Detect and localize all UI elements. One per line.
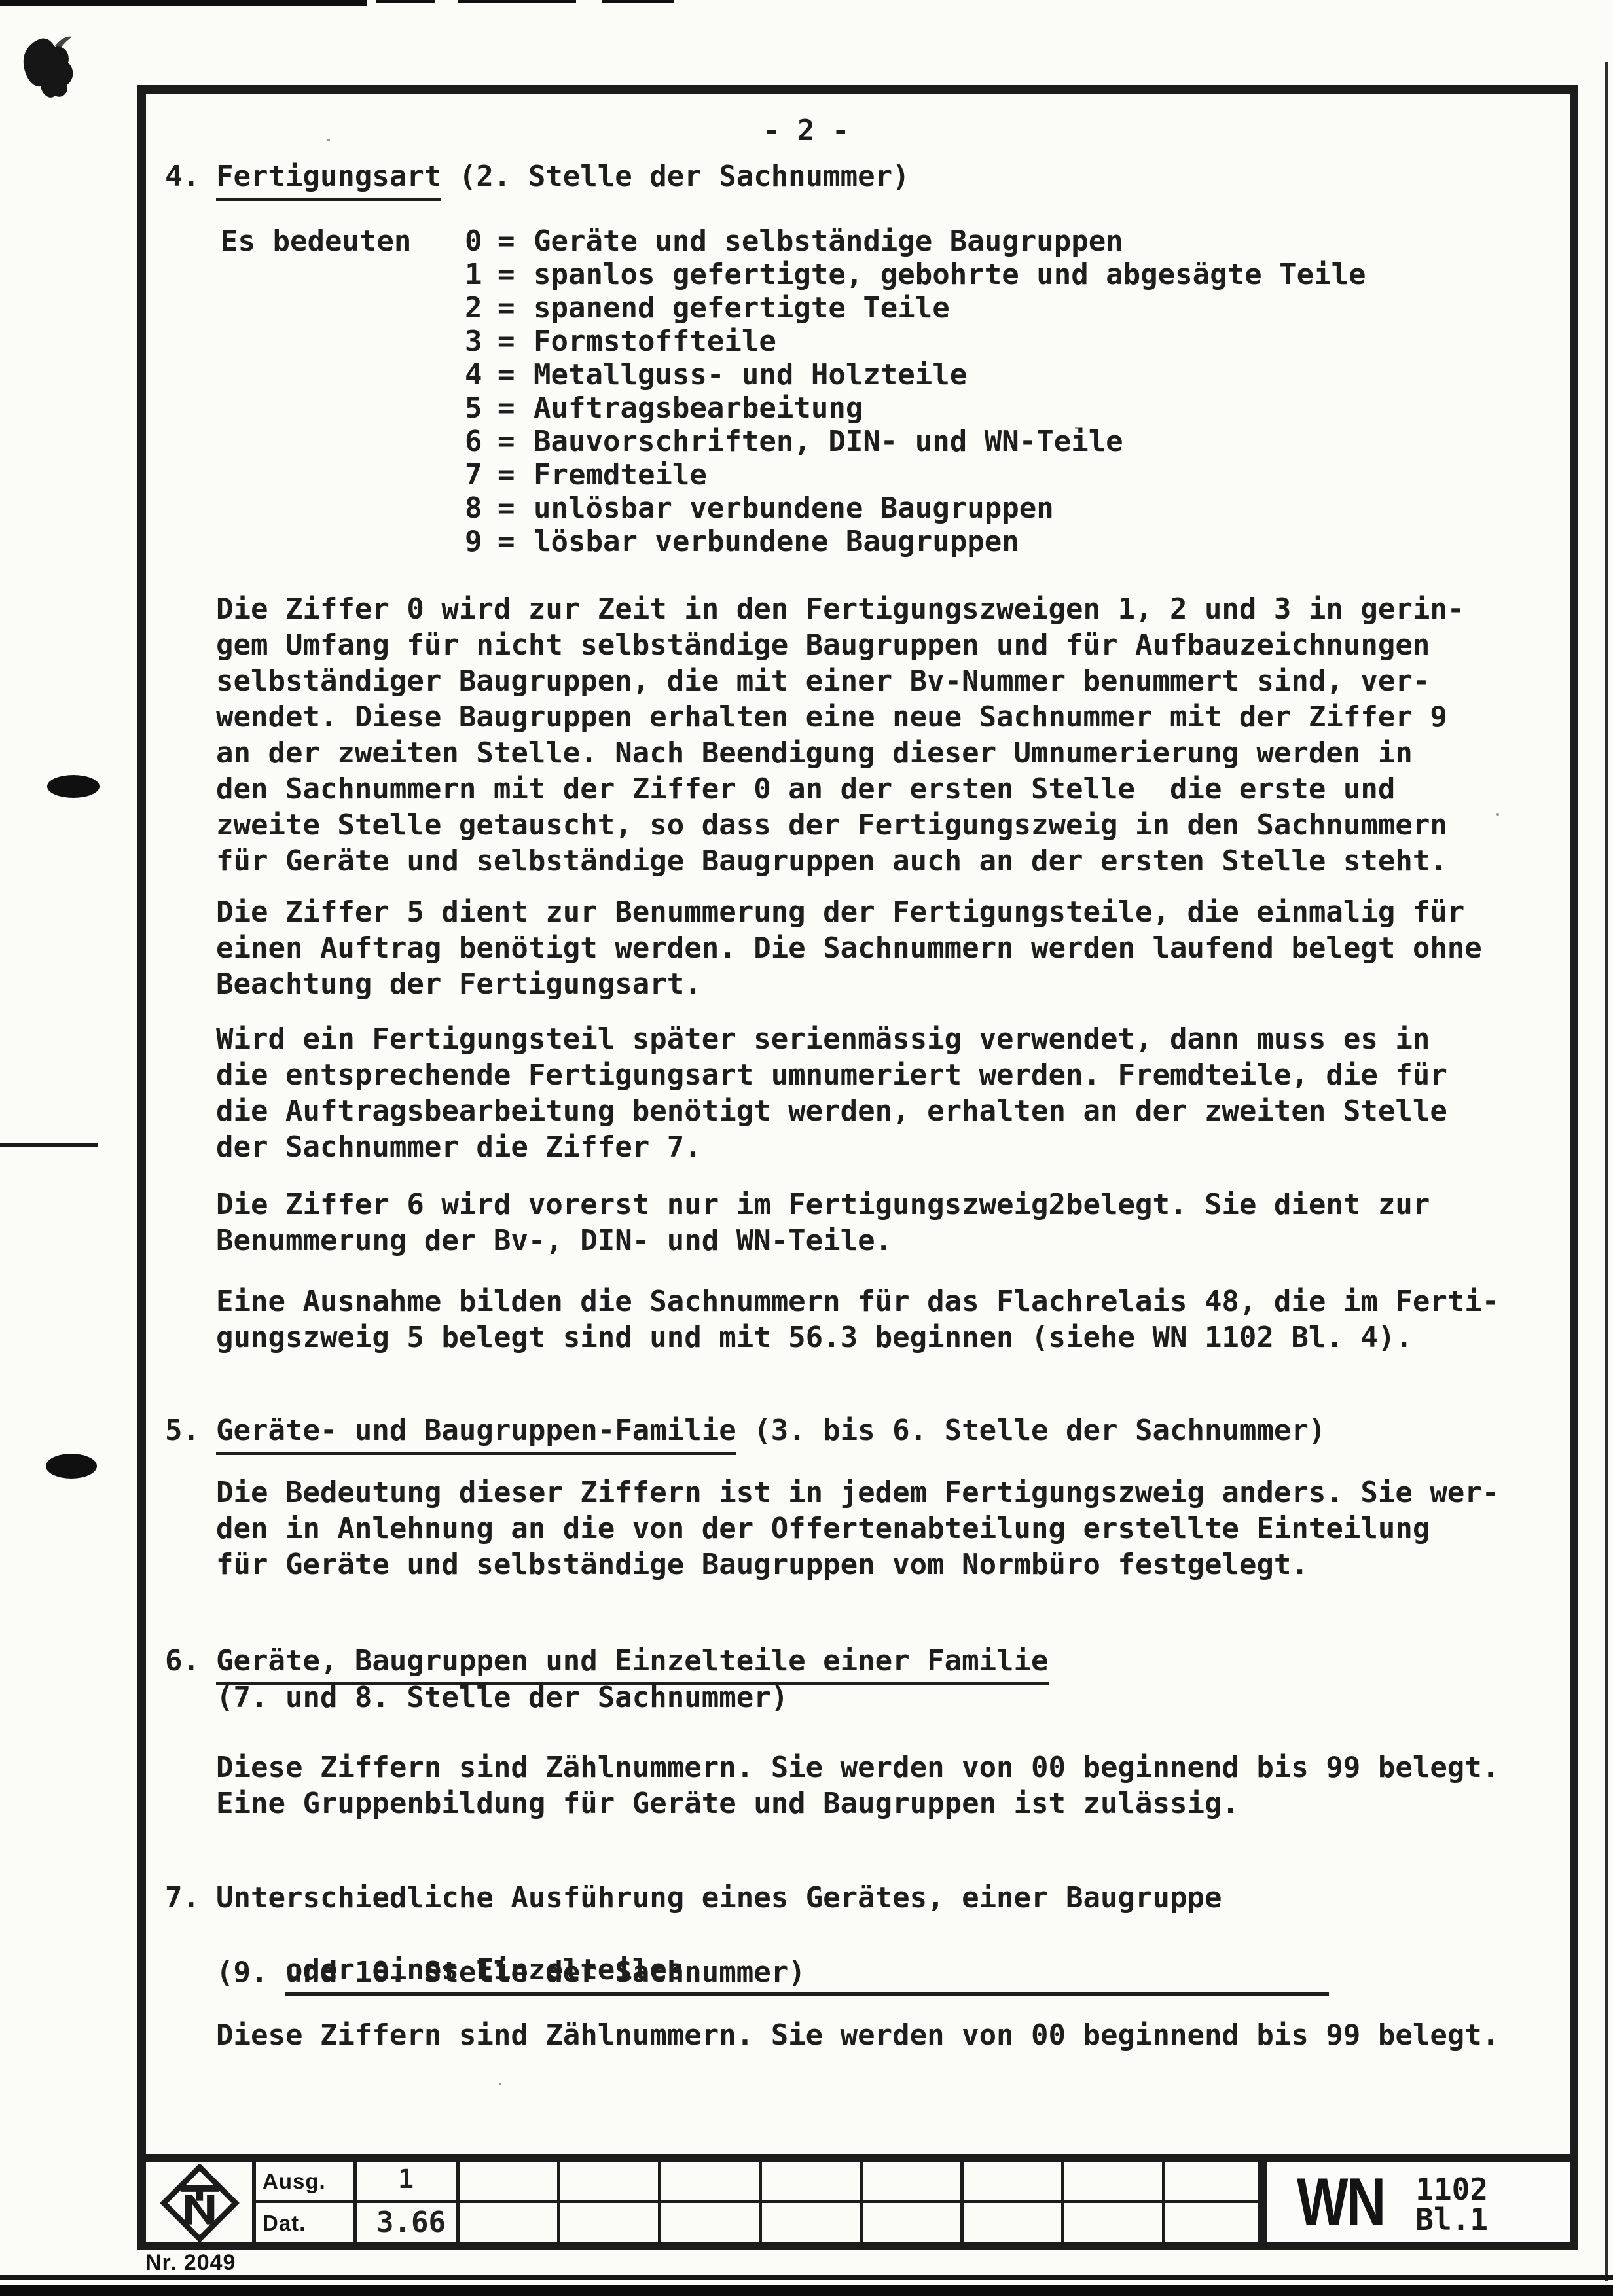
equals-sign: =: [498, 291, 534, 325]
section-title: Geräte- und Baugruppen-Familie: [216, 1412, 736, 1455]
wn-sheet-number: 1102 Bl.1: [1415, 2174, 1570, 2234]
code-row: Es bedeuten0=Geräte und selbständige Bau…: [216, 224, 1366, 258]
section-number: 7.: [165, 1880, 216, 1916]
code-row: 4=Metallguss- und Holzteile: [216, 358, 1366, 391]
row-divider: [252, 2200, 1267, 2203]
margin-fold-line: [0, 1143, 98, 1147]
code-meaning: unlösbar verbundene Baugruppen: [534, 492, 1054, 525]
code-row: 5=Auftragsbearbeitung: [216, 391, 1366, 425]
section-5-heading: 5.Geräte- und Baugruppen-Familie (3. bis…: [165, 1412, 1326, 1455]
code-meaning: Bauvorschriften, DIN- und WN-Teile: [534, 425, 1123, 458]
code-row: 2=spanend gefertigte Teile: [216, 291, 1366, 325]
wn-code: WN: [1297, 2168, 1385, 2236]
equals-sign: =: [498, 325, 534, 358]
equals-sign: =: [498, 224, 534, 258]
section-title-suffix: (3. bis 6. Stelle der Sachnummer): [736, 1412, 1326, 1455]
datum-label: Dat.: [263, 2212, 306, 2234]
equals-sign: =: [498, 458, 534, 492]
paragraph-fertigungsteil: Wird ein Fertigungsteil später serienmäs…: [216, 1021, 1447, 1165]
section-4-heading: 4.Fertigungsart (2. Stelle der Sachnumme…: [165, 158, 910, 201]
code-digit: 5: [465, 391, 498, 425]
section-number: 6.: [165, 1643, 216, 1685]
section-7-heading: 7.Unterschiedliche Ausführung eines Gerä…: [165, 1880, 1222, 1916]
scanned-document-page: - 2 - 4.Fertigungsart (2. Stelle der Sac…: [0, 0, 1613, 2296]
code-digit: 9: [465, 525, 498, 558]
code-digit: 3: [465, 325, 498, 358]
fertigungsart-code-list: Es bedeuten0=Geräte und selbständige Bau…: [216, 224, 1366, 558]
section-number: 4.: [165, 158, 216, 201]
equals-sign: =: [498, 258, 534, 291]
bottom-scan-bar: [0, 2285, 1613, 2296]
code-meaning: Fremdteile: [534, 458, 707, 492]
datum-value: 3.66: [376, 2208, 446, 2237]
equals-sign: =: [498, 425, 534, 458]
code-meaning: Auftragsbearbeitung: [534, 391, 863, 425]
ausgabe-value: 1: [398, 2165, 414, 2194]
code-meaning: Metallguss- und Holzteile: [534, 358, 967, 391]
section-title: Fertigungsart: [216, 158, 441, 201]
code-meaning: lösbar verbundene Baugruppen: [534, 525, 1019, 558]
paragraph-ziffer-0: Die Ziffer 0 wird zur Zeit in den Fertig…: [216, 591, 1464, 879]
code-row: 6=Bauvorschriften, DIN- und WN-Teile: [216, 425, 1366, 458]
paragraph-ziffer-6: Die Ziffer 6 wird vorerst nur im Fertigu…: [216, 1187, 1430, 1259]
page-number: - 2 -: [763, 113, 849, 149]
paragraph-zaehlnummern-2: Diese Ziffern sind Zählnummern. Sie werd…: [216, 2017, 1499, 2053]
equals-sign: =: [498, 492, 534, 525]
code-meaning: Formstoffteile: [534, 325, 776, 358]
paragraph-ausnahme: Eine Ausnahme bilden die Sachnummern für…: [216, 1283, 1499, 1355]
code-digit: 2: [465, 291, 498, 325]
scan-edge-mark: [602, 0, 674, 3]
equals-sign: =: [498, 358, 534, 391]
code-row: 1=spanlos gefertigte, gebohrte und abges…: [216, 258, 1366, 291]
code-meaning: spanend gefertigte Teile: [534, 291, 950, 325]
scan-edge-mark: [458, 0, 576, 3]
title-block: Ausg. 1 Dat. 3.66 WN 1102 Bl.1: [137, 2154, 1578, 2250]
code-digit: 4: [465, 358, 498, 391]
paragraph-ziffer-5: Die Ziffer 5 dient zur Benummerung der F…: [216, 894, 1482, 1002]
code-digit: 6: [465, 425, 498, 458]
section-6-subtitle: (7. und 8. Stelle der Sachnummer): [216, 1679, 788, 1715]
code-digit: 7: [465, 458, 498, 492]
scan-edge-mark: [376, 0, 435, 3]
code-digit: 8: [465, 492, 498, 525]
punch-hole: [47, 775, 100, 798]
tn-logo-icon: [159, 2164, 240, 2242]
code-meaning: spanlos gefertigte, gebohrte und abgesäg…: [534, 258, 1366, 291]
code-row: 8=unlösbar verbundene Baugruppen: [216, 492, 1366, 525]
code-row: 9=lösbar verbundene Baugruppen: [216, 525, 1366, 558]
equals-sign: =: [498, 525, 534, 558]
code-row: 3=Formstoffteile: [216, 325, 1366, 358]
section-title-suffix: (2. Stelle der Sachnummer): [441, 158, 909, 201]
ausgabe-label: Ausg.: [263, 2170, 326, 2192]
code-digit: 0: [465, 224, 498, 258]
ink-blot: [12, 27, 87, 109]
legend-label: Es bedeuten: [216, 224, 465, 258]
code-row: 7=Fremdteile: [216, 458, 1366, 492]
section-7-subtitle: (9. und 10. Stelle der Sachnummer): [216, 1954, 806, 1990]
equals-sign: =: [498, 391, 534, 425]
document-number-box: WN 1102 Bl.1: [1258, 2154, 1578, 2250]
code-meaning: Geräte und selbständige Baugruppen: [534, 224, 1123, 258]
paragraph-zaehlnummern-1: Diese Ziffern sind Zählnummern. Sie werd…: [216, 1749, 1499, 1821]
scan-edge-line: [1605, 62, 1608, 2281]
section-number: 5.: [165, 1412, 216, 1455]
code-digit: 1: [465, 258, 498, 291]
section-title: Unterschiedliche Ausführung eines Geräte…: [216, 1880, 1222, 1916]
bottom-rule: [0, 2275, 1613, 2280]
scan-edge-mark: [0, 0, 367, 6]
paragraph-familie: Die Bedeutung dieser Ziffern ist in jede…: [216, 1475, 1499, 1583]
punch-hole: [46, 1454, 97, 1479]
form-number: Nr. 2049: [145, 2251, 236, 2274]
